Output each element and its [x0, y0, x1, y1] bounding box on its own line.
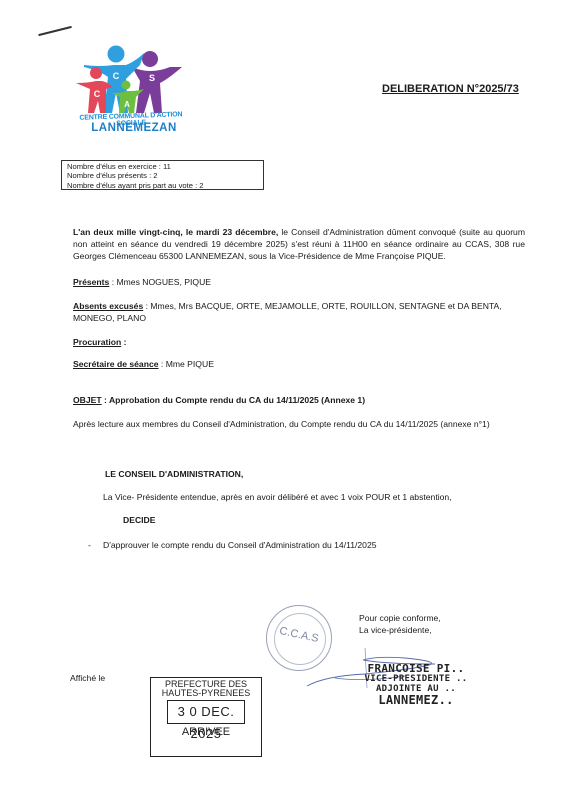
pref-line-2: HAUTES-PYRENEES	[151, 689, 261, 698]
presents-value: : Mmes NOGUES, PIQUE	[109, 277, 211, 287]
affiche-label: Affiché le	[70, 673, 105, 683]
lecture-paragraph: Après lecture aux membres du Conseil d'A…	[73, 418, 525, 430]
decide-heading: DECIDE	[123, 514, 566, 526]
procuration-value: :	[121, 337, 126, 347]
objet-line: OBJET : Approbation du Compte rendu du C…	[73, 394, 525, 406]
procuration-label: Procuration	[73, 337, 121, 347]
conseil-heading: LE CONSEIL D'ADMINISTRATION,	[105, 468, 557, 480]
svg-text:A: A	[124, 100, 130, 109]
logo-city: LANNEMEZAN	[84, 122, 184, 134]
decision-bullet: -	[88, 540, 91, 550]
vice-presidente-stamp: FRANCOISE PI.. VICE-PRESIDENTE .. ADJOIN…	[356, 664, 476, 707]
signature-line-1: Pour copie conforme,	[359, 612, 441, 624]
elus-exercice: Nombre d'élus en exercice : 11	[67, 162, 258, 171]
decision-item: - D'approuver le compte rendu du Conseil…	[88, 539, 540, 551]
stamp-city: LANNEMEZ..	[356, 694, 476, 707]
stamp-role: VICE-PRESIDENTE ..	[356, 674, 476, 684]
intro-date: L'an deux mille vingt-cinq, le mardi 23 …	[73, 227, 278, 237]
decision-text: D'approuver le compte rendu du Conseil d…	[103, 539, 377, 551]
elus-presents: Nombre d'élus présents : 2	[67, 171, 258, 180]
vote-paragraph: La Vice- Présidente entendue, après en a…	[103, 491, 555, 503]
signature-caption: Pour copie conforme, La vice-présidente,	[359, 612, 441, 636]
deliberation-title: DELIBERATION N°2025/73	[382, 83, 519, 95]
pref-date: 3 0 DEC. 2025	[167, 700, 245, 724]
absents-label: Absents excusés	[73, 301, 143, 311]
objet-value: : Approbation du Compte rendu du CA du 1…	[102, 395, 365, 405]
presents-label: Présents	[73, 277, 109, 287]
presents-line: Présents : Mmes NOGUES, PIQUE	[73, 276, 525, 288]
absents-line: Absents excusés : Mmes, Mrs BACQUE, ORTE…	[73, 300, 525, 324]
secretaire-line: Secrétaire de séance : Mme PIQUE	[73, 358, 525, 370]
elus-count-box: Nombre d'élus en exercice : 11 Nombre d'…	[61, 160, 264, 190]
objet-label: OBJET	[73, 395, 102, 405]
svg-text:S: S	[149, 73, 155, 83]
svg-text:C: C	[113, 71, 120, 81]
intro-paragraph: L'an deux mille vingt-cinq, le mardi 23 …	[73, 226, 525, 262]
pen-mark	[38, 26, 71, 36]
secretaire-value: : Mme PIQUE	[159, 359, 214, 369]
pref-status: ARRIVEE	[151, 728, 261, 737]
prefecture-stamp: PREFECTURE DES HAUTES-PYRENEES 3 0 DEC. …	[150, 677, 262, 757]
elus-votants: Nombre d'élus ayant pris part au vote : …	[67, 181, 258, 190]
secretaire-label: Secrétaire de séance	[73, 359, 159, 369]
procuration-line: Procuration :	[73, 336, 525, 348]
signature-line-2: La vice-présidente,	[359, 624, 441, 636]
stamp-name: FRANCOISE PI..	[356, 664, 476, 674]
svg-text:C: C	[94, 89, 101, 99]
